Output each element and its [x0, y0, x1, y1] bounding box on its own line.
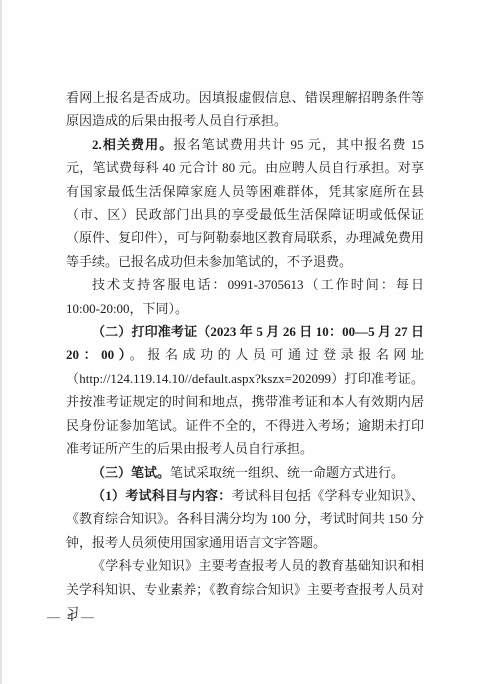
- text-run: 。报名成功的人员可通过登录报名网址: [130, 347, 424, 362]
- bold-text-run: （1）考试科目与内容：: [92, 488, 232, 503]
- paragraph: 《学科专业知识》主要考查报考人员的教育基础知识和相关学科知识、专业素养；《教育综…: [66, 554, 424, 624]
- paragraph: （二）打印准考证（2023 年 5 月 26 日 10：00—5 月 27 日 …: [66, 320, 424, 460]
- page-number: — 4 —: [47, 607, 96, 627]
- text-run: （http://124.119.14.10//default.aspx?kszx…: [66, 371, 424, 386]
- paragraph: （1）考试科目与内容：考试科目包括《学科专业知识》、《教育综合知识》。各科目满分…: [66, 484, 424, 554]
- paragraph: 看网上报名是否成功。因填报虚假信息、错误理解招聘条件等原因造成的后果由报考人员自…: [66, 86, 424, 133]
- text-run: 技术支持客服电话：0991-3705613（工作时间：每日 10:00-20:0…: [66, 277, 424, 315]
- bold-text-run: 2.相关费用。: [92, 137, 173, 152]
- paragraph: 技术支持客服电话：0991-3705613（工作时间：每日 10:00-20:0…: [66, 273, 424, 320]
- bold-text-run: （三）笔试。: [92, 465, 170, 480]
- text-run: 并按准考证规定的时间和地点，携带准考证和本人有效期内居民身份证参加笔试。证件不全…: [66, 394, 424, 456]
- document-page: 看网上报名是否成功。因填报虚假信息、错误理解招聘条件等原因造成的后果由报考人员自…: [0, 0, 484, 684]
- paragraph: （三）笔试。笔试采取统一组织、统一命题方式进行。: [66, 461, 424, 484]
- text-run: 《学科专业知识》主要考查报考人员的教育基础知识和相关学科知识、专业素养；《教育综…: [66, 558, 424, 620]
- paragraph: 2.相关费用。报名笔试费用共计 95 元，其中报名费 15 元，笔试费每科 40…: [66, 133, 424, 273]
- document-body: 看网上报名是否成功。因填报虚假信息、错误理解招聘条件等原因造成的后果由报考人员自…: [66, 86, 424, 624]
- text-run: 看网上报名是否成功。因填报虚假信息、错误理解招聘条件等原因造成的后果由报考人员自…: [66, 90, 424, 128]
- text-run: 报名笔试费用共计 95 元，其中报名费 15 元，笔试费每科 40 元合计 80…: [66, 137, 424, 269]
- text-run: 笔试采取统一组织、统一命题方式进行。: [170, 465, 404, 480]
